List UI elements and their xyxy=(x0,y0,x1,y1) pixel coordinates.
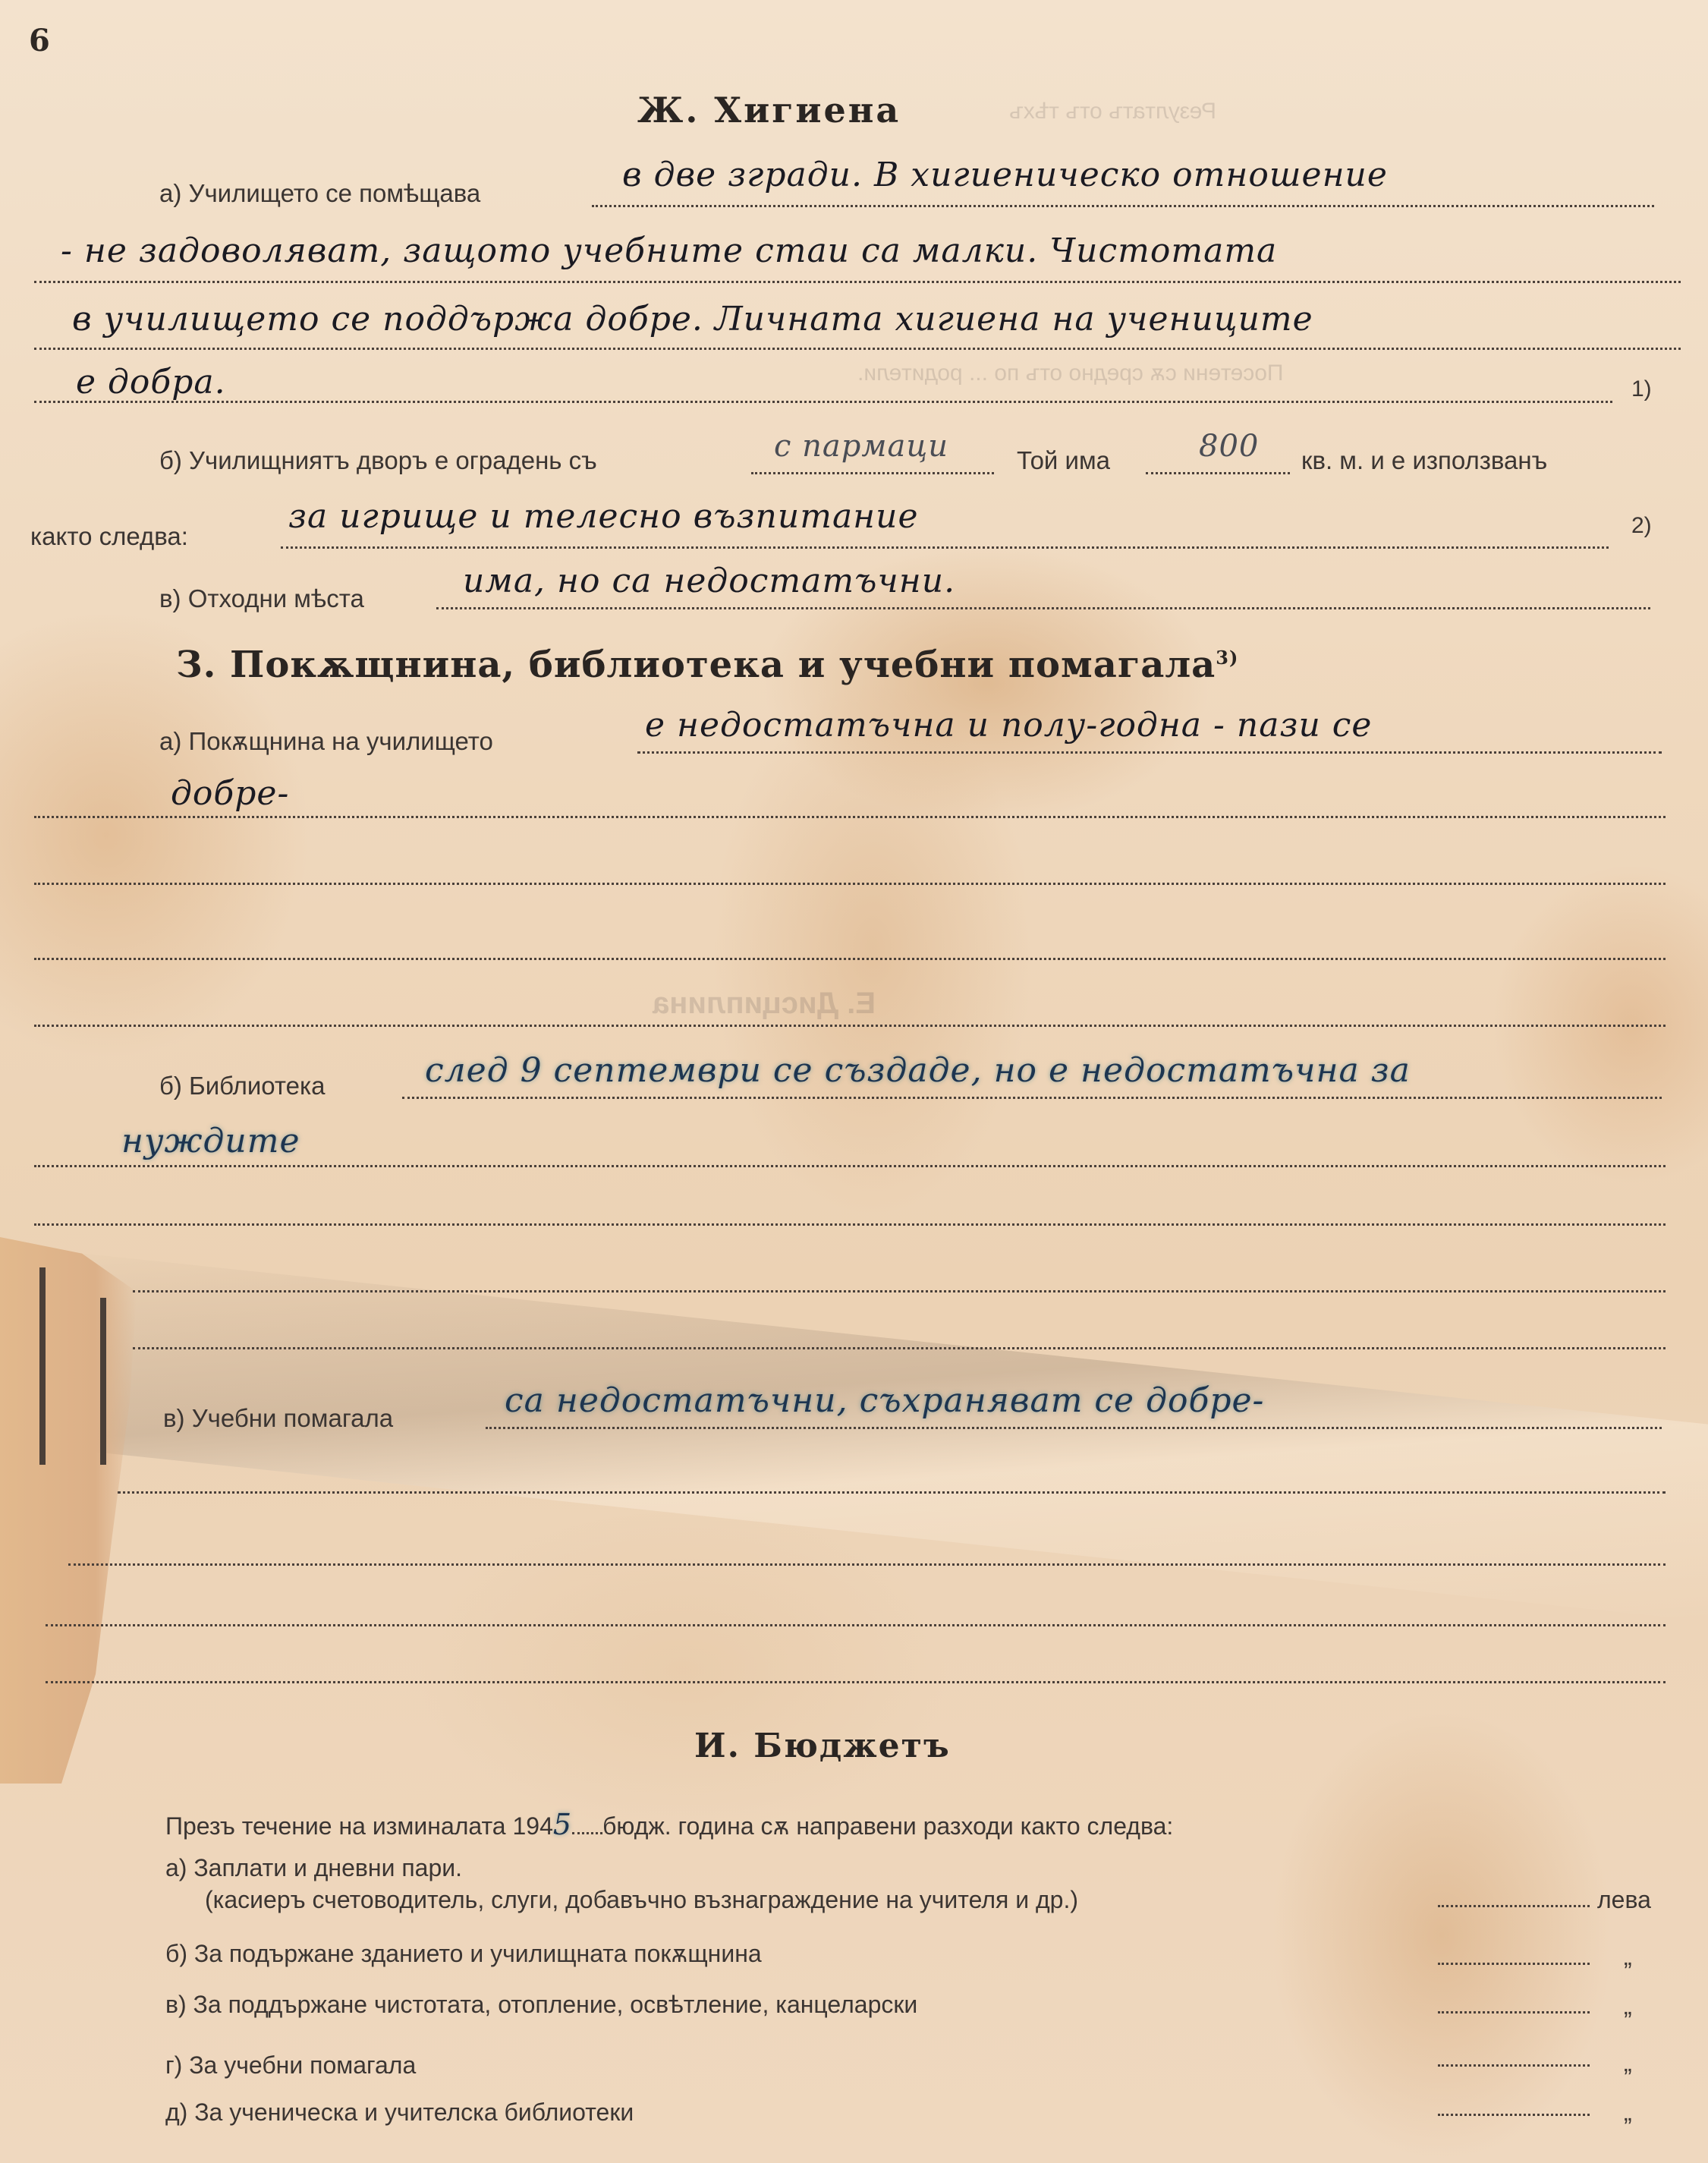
furniture-a-label: а) Покѫщнина на училището xyxy=(159,727,493,756)
budget-year-handwriting: 5 xyxy=(553,1808,572,1841)
ditto-mark: „ xyxy=(1624,1943,1632,1971)
yard-usage-handwriting: за игрище и телесно възпитание xyxy=(288,497,919,536)
bleed-through-heading: Е. Дисциплина xyxy=(653,987,876,1021)
bleed-through-text: Резултатъ отъ тѣхъ xyxy=(1009,99,1216,124)
fill-line xyxy=(118,1491,1666,1494)
fill-line xyxy=(34,401,1612,403)
fill-line xyxy=(402,1097,1662,1099)
furniture-a-handwriting: е недостатъчна и полу-годна - пази се xyxy=(645,706,1372,745)
budget-item-a-sub: (касиеръ счетоводитель, слуги, добавъчно… xyxy=(205,1886,1078,1914)
footnote-marker: 3) xyxy=(1216,647,1238,669)
budget-item-v-label: в) За поддържане чистотата, отопление, о… xyxy=(165,1991,917,2019)
library-label: б) Библиотека xyxy=(159,1072,326,1100)
amount-line xyxy=(1438,1963,1590,1965)
hygiene-a-handwriting: е добра. xyxy=(76,363,226,401)
hygiene-b-label: кв. м. и е използванъ xyxy=(1301,446,1547,475)
section-furniture-title: З. Покѫщнина, библиотека и учебни помага… xyxy=(176,644,1238,686)
section-budget-title: И. Бюджетъ xyxy=(694,1727,951,1765)
budget-intro: Презъ течение на изминалата 1945бюдж. го… xyxy=(165,1808,1173,1841)
section-hygiene-title: Ж. Хигиена xyxy=(637,90,901,131)
fill-line xyxy=(34,883,1666,885)
fill-line xyxy=(34,816,1666,818)
fill-line xyxy=(592,205,1654,207)
hygiene-a-handwriting: в училището се поддържа добре. Личната х… xyxy=(72,300,1313,338)
ditto-mark: „ xyxy=(1624,1992,1632,2020)
footnote-marker: 2) xyxy=(1631,513,1652,539)
fill-line xyxy=(46,1681,1666,1683)
amount-line xyxy=(1438,2114,1590,2116)
fill-line xyxy=(34,1025,1666,1027)
teaching-aids-label: в) Учебни помагала xyxy=(163,1404,393,1433)
hygiene-a-handwriting: - не задоволяват, защото учебните стаи с… xyxy=(61,231,1277,270)
fill-line xyxy=(34,1223,1666,1226)
currency-label: лева xyxy=(1597,1886,1651,1914)
hygiene-b-label: Той има xyxy=(1017,446,1110,475)
ditto-mark: „ xyxy=(1624,2049,1632,2077)
page-number: 6 xyxy=(29,23,50,58)
hygiene-a-label: а) Училището се помѣщава xyxy=(159,179,480,208)
fill-line xyxy=(637,751,1662,754)
furniture-a-handwriting: добре- xyxy=(171,774,289,813)
yard-area-handwriting: 800 xyxy=(1199,429,1259,464)
hygiene-b-fence-handwriting: с пармаци xyxy=(774,429,948,464)
fill-line xyxy=(751,472,994,474)
teaching-aids-handwriting: са недостатъчни, съхраняват се добре- xyxy=(505,1381,1264,1420)
hygiene-b-label: б) Училищниятъ дворъ е оградень съ xyxy=(159,446,597,475)
budget-item-a-label: а) Заплати и дневни пари. xyxy=(165,1854,462,1882)
fill-line xyxy=(34,281,1681,283)
fill-line xyxy=(34,1165,1666,1167)
hygiene-v-label: в) Отходни мѣста xyxy=(159,584,364,613)
budget-intro-text: Презъ течение на изминалата 194 xyxy=(165,1812,553,1840)
fill-line xyxy=(133,1290,1666,1292)
budget-item-g-label: г) За учебни помагала xyxy=(165,2051,416,2080)
fill-line xyxy=(1146,472,1290,474)
fill-line xyxy=(436,607,1650,609)
fill-line xyxy=(281,546,1609,549)
hygiene-b-label: както следва: xyxy=(30,522,188,551)
amount-line xyxy=(1438,1905,1590,1907)
section-furniture-title-text: З. Покѫщнина, библиотека и учебни помага… xyxy=(176,644,1216,686)
fill-line xyxy=(68,1563,1666,1566)
fill-line xyxy=(133,1347,1666,1349)
library-handwriting: нуждите xyxy=(121,1122,300,1160)
hygiene-a-handwriting: в две згради. В хигиеническо отношение xyxy=(622,156,1388,194)
amount-line xyxy=(1438,2011,1590,2013)
fill-line xyxy=(486,1427,1662,1429)
fill-line xyxy=(34,348,1681,350)
library-handwriting: след 9 септември се създаде, но е недост… xyxy=(425,1051,1411,1090)
footnote-marker: 1) xyxy=(1631,376,1652,402)
hygiene-v-handwriting: има, но са недостатъчни. xyxy=(463,562,955,600)
bleed-through-text: Посетени сѫ средно отъ по ... родители. xyxy=(857,360,1284,386)
budget-intro-text: бюдж. година сѫ направени разходи както … xyxy=(602,1812,1173,1840)
amount-line xyxy=(1438,2064,1590,2067)
fill-line xyxy=(34,958,1666,960)
ditto-mark: „ xyxy=(1624,2098,1632,2127)
fill-line xyxy=(46,1624,1666,1626)
budget-item-d-label: д) За ученическа и учителска библиотеки xyxy=(165,2098,634,2127)
budget-item-b-label: б) За подържане зданието и училищната по… xyxy=(165,1940,762,1968)
